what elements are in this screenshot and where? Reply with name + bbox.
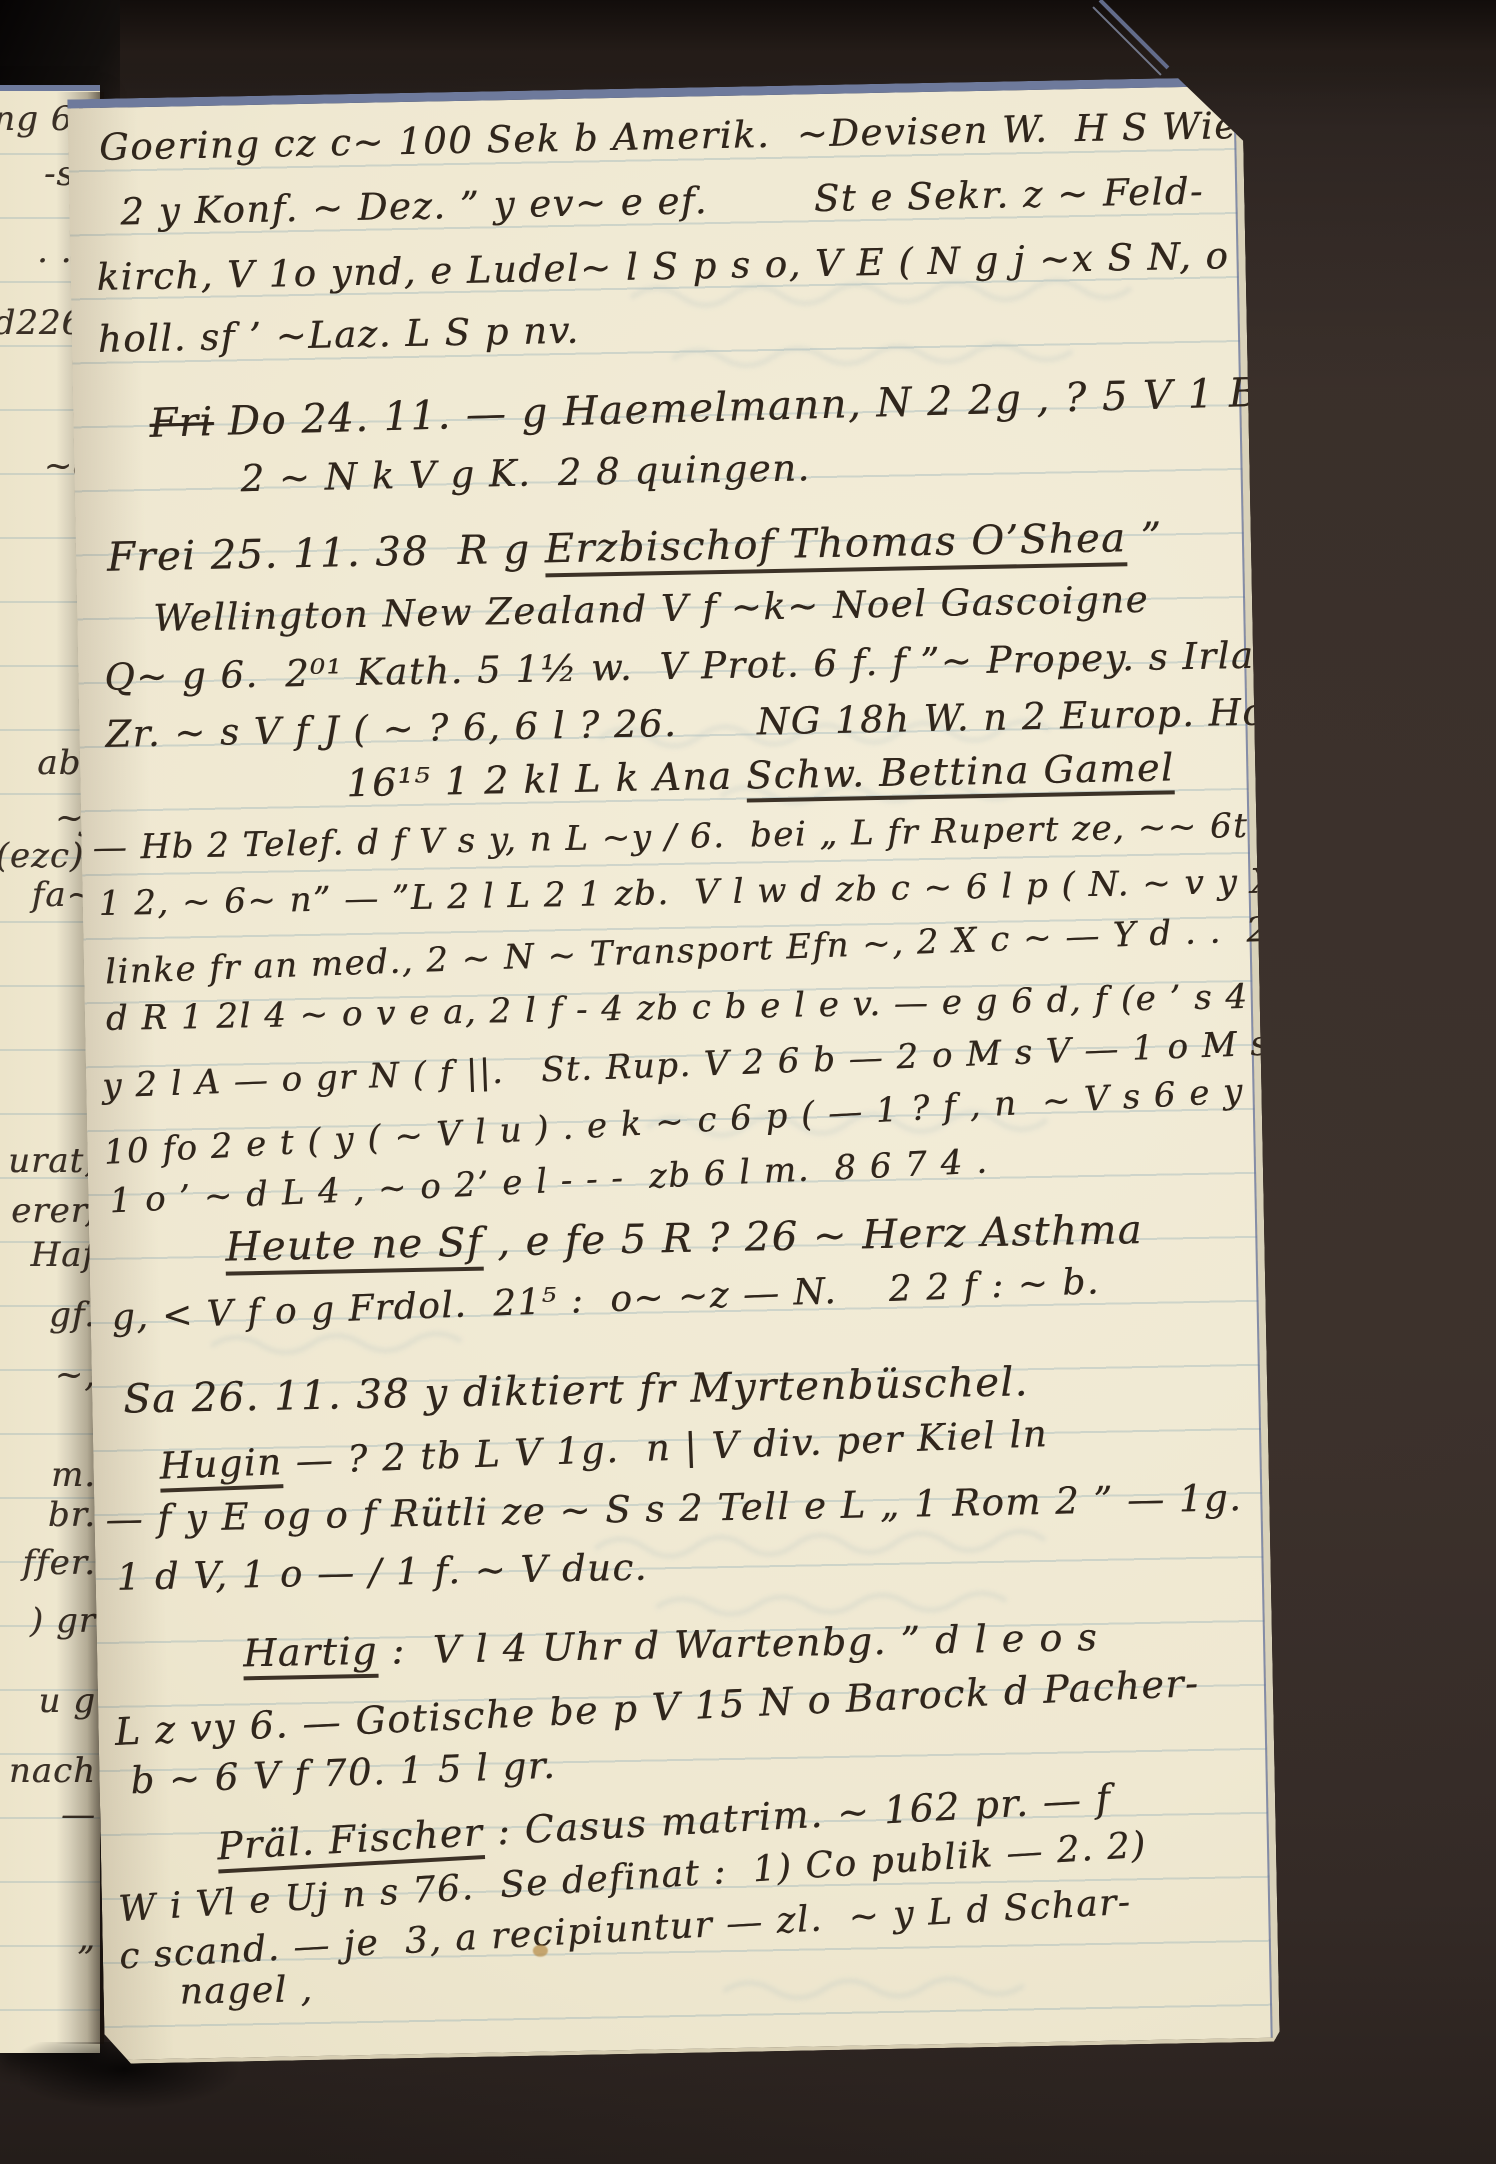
handwriting-segment: kirch, V 1o ynd, e Ludel~ l S p s o, V E… (96, 234, 1229, 299)
handwriting-segment: 1 d V, 1 o — / 1 f. ~ V duc. (116, 1546, 648, 1599)
handwriting-line: Wellington New Zealand V f ~k~ Noel Gasc… (153, 580, 1149, 640)
handwriting-line: — Hb 2 Telef. d f V s y, n L ~y / 6. bei… (92, 808, 1248, 868)
handwriting-line: Hartig : V l 4 Uhr d Wartenbg. ” d l e o… (243, 1617, 1099, 1675)
handwriting-segment: Do 24. 11. — g Haemelmann, N 2 2g , ? 5 … (213, 369, 1274, 445)
handwriting-line: nagel , (179, 1970, 314, 2012)
handwriting-segment: 2 y Konf. ~ Dez. ” y ev~ e ef. St e Sekr… (120, 170, 1204, 234)
handwriting-line: kirch, V 1o ynd, e Ludel~ l S p s o, V E… (96, 236, 1229, 298)
handwriting-line: Q~ g 6. 2⁰¹ Kath. 5 1½ w. V Prot. 6 f. f… (104, 635, 1305, 699)
handwriting-segment: Sa 26. 11. 38 y diktiert fr Myrtenbüsche… (123, 1359, 1029, 1422)
handwriting-line: holl. sf ’ ~Laz. L S p nv. (97, 311, 580, 361)
handwriting-line: b ~ 6 V f 70. 1 5 l gr. (130, 1746, 557, 1802)
handwriting-segment: Erzbischof Thomas O’Shea (544, 515, 1127, 577)
handwriting-segment: 2 ~ N k V g K. 2 8 quingen. (240, 446, 811, 500)
handwriting-line: 1 d V, 1 o — / 1 f. ~ V duc. (116, 1548, 648, 1599)
handwriting-segment: : V l 4 Uhr d Wartenbg. ” d l e o s (377, 1615, 1098, 1673)
handwriting-segment: Goering cz c~ 100 Sek b Amerik. ~Devisen… (99, 104, 1263, 169)
handwriting-segment: b ~ 6 V f 70. 1 5 l gr. (130, 1744, 557, 1803)
paper-stain (533, 1945, 548, 1957)
notebook-right-page: Goering cz c~ 100 Sek b Amerik. ~Devisen… (67, 77, 1280, 2064)
book-top-edge (0, 0, 1496, 96)
handwriting-line: Hugin — ? 2 tb L V 1g. n | V div. per Ki… (159, 1414, 1049, 1487)
handwriting-line: Frei 25. 11. 38 R g Erzbischof Thomas O’… (107, 516, 1163, 580)
handwriting-line: Sa 26. 11. 38 y diktiert fr Myrtenbüsche… (123, 1360, 1029, 1421)
handwriting-segment: Wellington New Zealand V f ~k~ Noel Gasc… (153, 578, 1149, 640)
handwriting-line: Heute ne Sf , e fe 5 R ? 26 ~ Herz Asthm… (225, 1208, 1144, 1270)
handwriting-line: Goering cz c~ 100 Sek b Amerik. ~Devisen… (99, 106, 1263, 169)
handwriting-segment: , e fe 5 R ? 26 ~ Herz Asthma (482, 1207, 1143, 1266)
handwriting-segment: ” (1126, 515, 1163, 562)
handwriting-line: 16¹⁵ 1 2 kl L k Ana Schw. Bettina Gamel (346, 747, 1175, 805)
handwriting-segment: nagel , (179, 1969, 314, 2013)
handwriting-line: 2 ~ N k V g K. 2 8 quingen. (240, 448, 811, 500)
handwriting-line: Fri Do 24. 11. — g Haemelmann, N 2 2g , … (149, 370, 1275, 445)
handwriting-segment: — ? 2 tb L V 1g. n | V div. per Kiel ln (282, 1412, 1049, 1483)
handwriting-segment: Hartig (243, 1629, 379, 1681)
handwriting-segment: Hugin (159, 1440, 284, 1492)
handwriting-segment: Heute ne Sf (225, 1220, 484, 1276)
handwriting-segment: — Hb 2 Telef. d f V s y, n L ~y / 6. bei… (92, 806, 1248, 868)
handwriting-segment: Q~ g 6. 2⁰¹ Kath. 5 1½ w. V Prot. 6 f. f… (104, 633, 1305, 699)
handwriting-segment: Fri (149, 399, 214, 447)
handwriting-segment: Schw. Bettina Gamel (746, 745, 1175, 802)
handwriting-segment: 16¹⁵ 1 2 kl L k Ana (346, 754, 747, 806)
photo-background: ng 68-se. . .d226.~dabt~j(ezc).fa~urat,e… (0, 0, 1496, 2164)
handwriting-segment: Präl. Fischer (216, 1810, 485, 1873)
handwriting-segment: Frei 25. 11. 38 R g (107, 526, 546, 580)
handwriting-line: 2 y Konf. ~ Dez. ” y ev~ e ef. St e Sekr… (120, 172, 1204, 233)
handwriting-segment: holl. sf ’ ~Laz. L S p nv. (97, 309, 580, 361)
